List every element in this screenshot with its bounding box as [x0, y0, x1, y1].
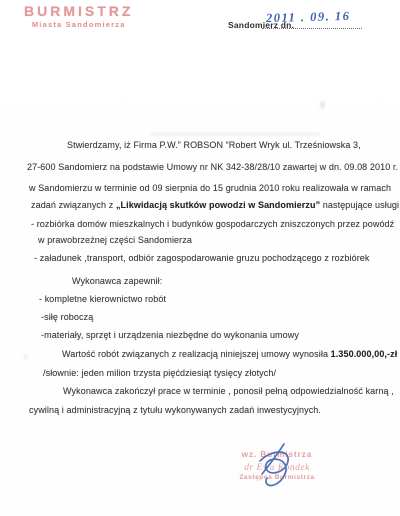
body-line-9: - kompletne kierownictwo robót — [39, 294, 166, 304]
body-line-4-pre: zadań związanych z — [31, 200, 116, 210]
body-line-14: Wykonawca zakończył prace w terminie , p… — [63, 386, 394, 396]
body-line-6: w prawobrzeżnej części Sandomierza — [38, 235, 192, 245]
body-line-11: -materiały, sprzęt i urządzenia niezbędn… — [41, 330, 299, 340]
body-line-13: /słownie: jeden milion trzysta pięćdzies… — [43, 368, 276, 378]
body-line-15: cywilną i administracyjną z tytułu wykon… — [29, 405, 321, 415]
date-dotted-line — [262, 27, 362, 29]
body-line-7: - załadunek ,transport, odbiór zagospoda… — [34, 253, 370, 263]
letterhead-title: BURMISTRZ — [24, 3, 133, 19]
letterhead-stamp: BURMISTRZ Miasta Sandomierza — [24, 3, 133, 29]
body-line-12: Wartość robót związanych z realizacją ni… — [62, 349, 397, 359]
contract-title-bold: „Likwidacją skutków powodzi w Sandomierz… — [116, 200, 320, 210]
body-line-10: -siłę roboczą — [41, 312, 93, 322]
body-line-4-post: następujące usługi : — [320, 200, 400, 210]
scan-bleedthrough-artifact — [150, 132, 320, 136]
letterhead-subtitle: Miasta Sandomierza — [24, 20, 133, 29]
body-line-1: Stwierdzamy, iż Firma P.W.” ROBSON “Robe… — [67, 140, 361, 150]
dateline: Sandomierz dn. 2011 . 09. 16 — [228, 15, 294, 33]
signature-scribble — [238, 441, 318, 499]
body-line-2: 27-600 Sandomierz na podstawie Umowy nr … — [27, 162, 398, 172]
body-line-8: Wykonawca zapewnił: — [72, 276, 162, 286]
body-line-4: zadań związanych z „Likwidacją skutków p… — [31, 200, 400, 210]
scanned-letter-page: BURMISTRZ Miasta Sandomierza Sandomierz … — [0, 0, 400, 516]
body-line-5: - rozbiórka domów mieszkalnych i budynkó… — [31, 219, 394, 229]
contract-amount-bold: 1.350.000,00,-zł — [331, 349, 398, 359]
scan-smudge-artifact — [320, 101, 325, 109]
handwritten-date: 2011 . 09. 16 — [266, 9, 351, 26]
body-line-3: w Sandomierzu w terminie od 09 sierpnia … — [29, 183, 391, 193]
scan-speck-artifact — [24, 355, 27, 359]
body-line-12-pre: Wartość robót związanych z realizacją ni… — [62, 349, 331, 359]
